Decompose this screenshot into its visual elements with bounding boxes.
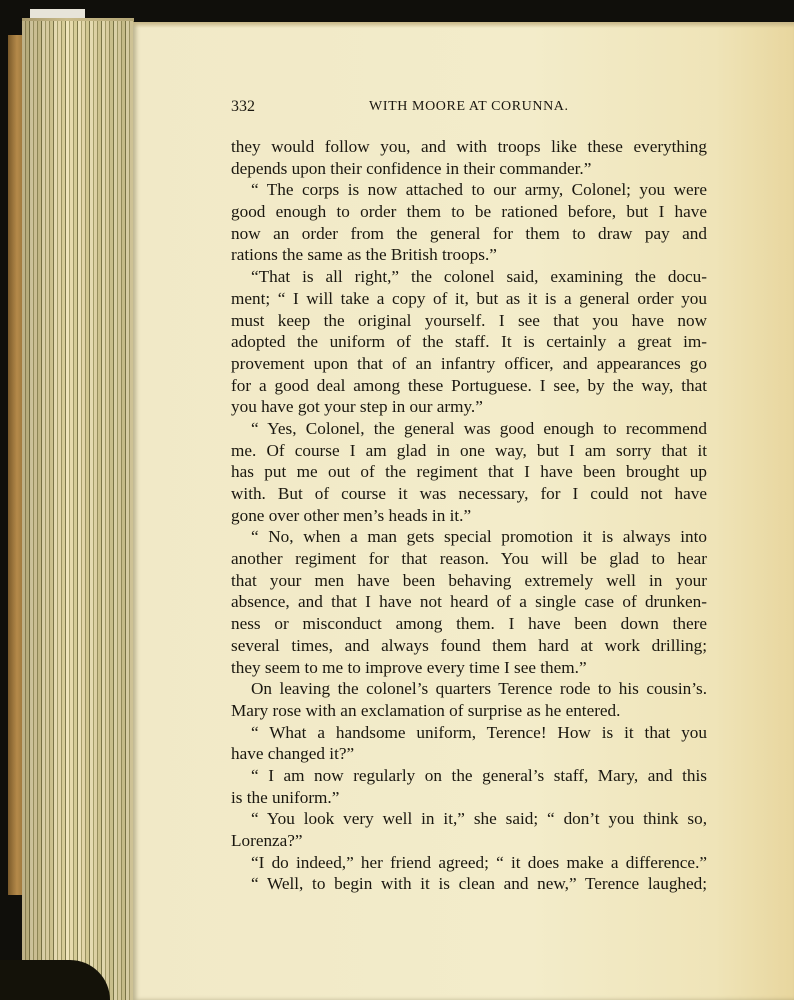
- text-line: “ What a handsome uniform, Terence! How …: [231, 722, 707, 744]
- text-line: they seem to me to improve every time I …: [231, 657, 707, 679]
- text-line: that your men have been behaving extreme…: [231, 570, 707, 592]
- text-line: you have got your step in our army.”: [231, 396, 707, 418]
- text-line: have changed it?”: [231, 743, 707, 765]
- text-line: several times, and always found them har…: [231, 635, 707, 657]
- text-line: “ Yes, Colonel, the general was good eno…: [231, 418, 707, 440]
- text-line: ment; “ I will take a copy of it, but as…: [231, 288, 707, 310]
- text-line: “That is all right,” the colonel said, e…: [231, 266, 707, 288]
- text-line: ness or misconduct among them. I have be…: [231, 613, 707, 635]
- text-line: absence, and that I have not heard of a …: [231, 591, 707, 613]
- page-number: 332: [231, 98, 255, 116]
- body-text: they would follow you, and with troops l…: [231, 136, 707, 895]
- text-line: for a good deal among these Portuguese. …: [231, 375, 707, 397]
- page-top-edge: [133, 22, 794, 28]
- running-head: 332 WITH MOORE AT CORUNNA.: [231, 98, 707, 122]
- text-line: another regiment for that reason. You wi…: [231, 548, 707, 570]
- text-line: “ No, when a man gets special promotion …: [231, 526, 707, 548]
- text-line: provement upon that of an infantry offic…: [231, 353, 707, 375]
- text-line: “I do indeed,” her friend agreed; “ it d…: [231, 852, 707, 874]
- text-line: must keep the original yourself. I see t…: [231, 310, 707, 332]
- text-line: now an order from the general for them t…: [231, 223, 707, 245]
- text-line: has put me out of the regiment that I ha…: [231, 461, 707, 483]
- text-line: gone over other men’s heads in it.”: [231, 505, 707, 527]
- book-photo: 332 WITH MOORE AT CORUNNA. they would fo…: [0, 0, 794, 1000]
- running-head-title: WITH MOORE AT CORUNNA.: [369, 99, 569, 115]
- text-line: is the uniform.”: [231, 787, 707, 809]
- text-line: me. Of course I am glad in one way, but …: [231, 440, 707, 462]
- text-line: “ Well, to begin with it is clean and ne…: [231, 873, 707, 895]
- text-line: Lorenza?”: [231, 830, 707, 852]
- text-line: “ You look very well in it,” she said; “…: [231, 808, 707, 830]
- text-line: “ The corps is now attached to our army,…: [231, 179, 707, 201]
- text-line: On leaving the colonel’s quarters Terenc…: [231, 678, 707, 700]
- page-text: 332 WITH MOORE AT CORUNNA. they would fo…: [231, 98, 707, 895]
- text-line: they would follow you, and with troops l…: [231, 136, 707, 158]
- text-line: Mary rose with an exclamation of surpris…: [231, 700, 707, 722]
- text-line: with. But of course it was necessary, fo…: [231, 483, 707, 505]
- text-line: good enough to order them to be rationed…: [231, 201, 707, 223]
- page-edges-shadow: [22, 18, 134, 1000]
- text-line: adopted the uniform of the staff. It is …: [231, 331, 707, 353]
- text-line: depends upon their confidence in their c…: [231, 158, 707, 180]
- text-line: “ I am now regularly on the general’s st…: [231, 765, 707, 787]
- text-line: rations the same as the British troops.”: [231, 244, 707, 266]
